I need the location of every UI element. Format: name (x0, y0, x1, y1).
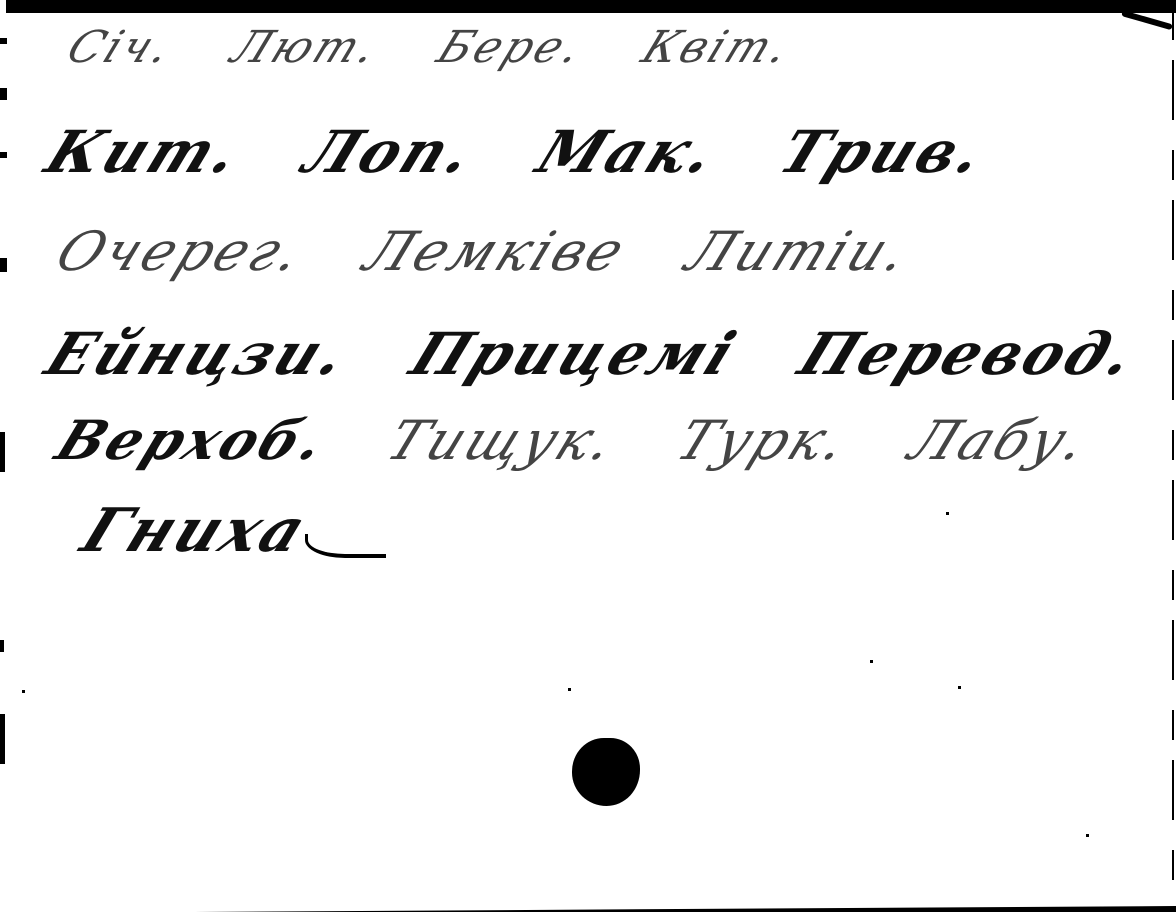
handwritten-word: Литіи. (677, 220, 921, 283)
handwritten-word: Ейнцзи. (36, 320, 359, 388)
handwritten-word: Квіт. (635, 22, 800, 73)
ink-speck (870, 660, 873, 663)
left-edge-mark (0, 152, 7, 158)
handwritten-line-2: Кит. Лоп. Мак. Трив. (36, 118, 1042, 186)
handwritten-word: Лоп. (294, 118, 486, 186)
scan-right-edge (1172, 10, 1174, 890)
handwritten-word: Прицемі (401, 320, 748, 388)
handwritten-word: Мак. (528, 118, 729, 186)
ink-blot (572, 738, 640, 806)
handwritten-line-6: Гниха (72, 496, 365, 566)
handwritten-word: Гниха (72, 496, 319, 566)
handwritten-line-5: Верхоб. Тищук. Турк. Лабу. (47, 408, 1146, 472)
handwritten-line-4: Ейнцзи. Прицемі Перевод. (36, 320, 1176, 388)
scan-top-border (6, 0, 1176, 13)
left-edge-mark (0, 258, 7, 272)
corner-mark (1121, 10, 1173, 30)
handwritten-word: Січ. (60, 22, 182, 73)
ink-speck (568, 688, 571, 691)
handwritten-word: Кит. (36, 118, 252, 186)
handwritten-word: Бере. (430, 22, 592, 73)
left-edge-mark (0, 88, 7, 100)
handwritten-word: Трив. (770, 118, 997, 186)
left-edge-mark (0, 640, 4, 652)
handwritten-word: Лют. (224, 22, 388, 73)
ink-speck (946, 512, 949, 515)
handwritten-word: Перевод. (789, 320, 1147, 388)
handwritten-word: Турк. (668, 409, 860, 472)
handwritten-word: Тищук. (378, 409, 627, 472)
ink-speck (1086, 834, 1089, 837)
handwritten-word: Лабу. (900, 409, 1099, 472)
handwritten-line-3: Очерег. Лемківе Литіи. (47, 220, 967, 283)
handwritten-line-1: Січ. Лют. Бере. Квіт. (60, 22, 846, 73)
left-edge-mark (0, 38, 7, 44)
ink-speck (958, 686, 961, 689)
left-edge-mark (0, 432, 5, 472)
handwritten-word: Верхоб. (47, 408, 338, 472)
handwritten-word: Лемківе (355, 220, 636, 283)
handwritten-word: Очерег. (47, 220, 314, 283)
ink-speck (22, 690, 25, 693)
scan-bottom-border (6, 906, 1176, 912)
left-edge-mark (0, 714, 5, 764)
